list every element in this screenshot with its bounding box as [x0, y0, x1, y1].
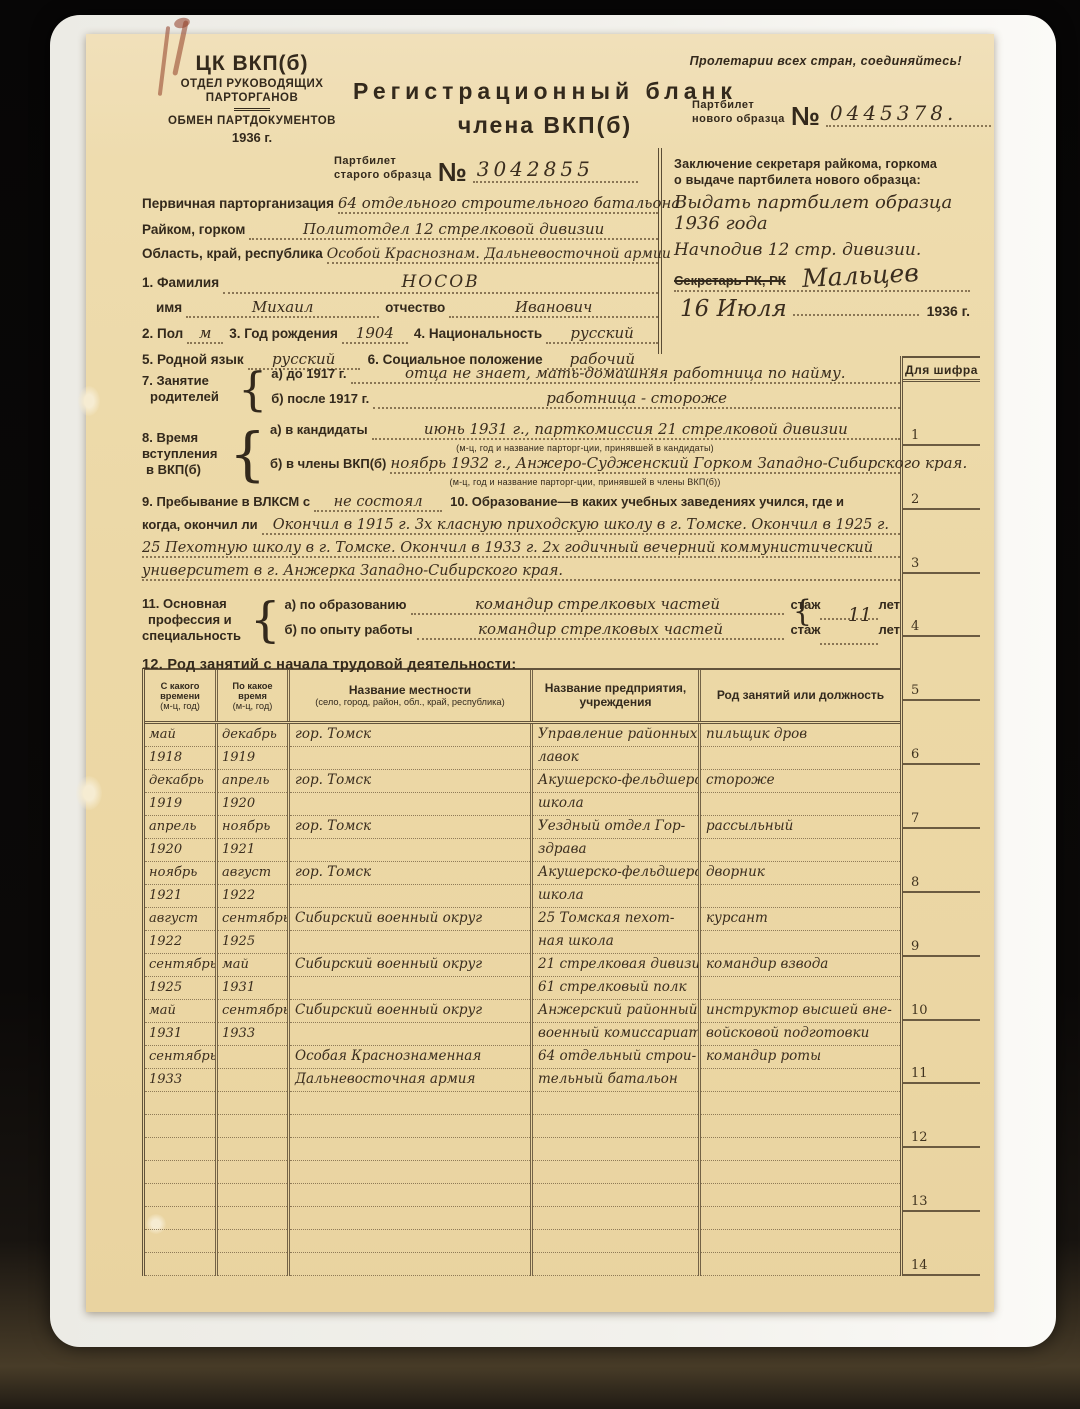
cipher-cell: 13 — [903, 1148, 980, 1212]
header-line: (село, город, район, обл., край, республ… — [292, 697, 528, 707]
cipher-cell: 8 — [903, 829, 980, 893]
table-cell-line: гор. Томск — [290, 724, 530, 747]
table-cell: Особая КраснознаменнаяДальневосточная ар… — [287, 1046, 530, 1092]
table-cell-line — [218, 1161, 287, 1184]
field-label: а) до 1917 г. — [271, 366, 350, 381]
table-cell — [215, 1092, 287, 1138]
field-label: Райком, горком — [142, 222, 249, 237]
table-cell-line — [290, 1207, 530, 1230]
table-cell-line — [218, 1069, 287, 1092]
brace-glyph: { — [238, 362, 267, 416]
table-cell-line — [145, 1161, 215, 1184]
table-row — [145, 1138, 900, 1184]
conclusion-heading1: Заключение секретаря райкома, горкома — [674, 156, 970, 172]
section-8-label: 8. Время вступления в ВКП(б) — [142, 430, 225, 478]
field-raikom: Райком, горком Политотдел 12 стрелковой … — [142, 220, 658, 246]
table-cell-line: ноябрь — [218, 816, 287, 839]
table-cell-line: декабрь — [218, 724, 287, 747]
table-cell-line — [145, 1230, 215, 1253]
table-cell — [287, 1138, 530, 1184]
field-sex-birth-nationality: 2. Пол м 3. Год рождения 1904 4. Национа… — [142, 324, 658, 350]
table-cell: инструктор высшей вне-войсковой подготов… — [698, 1000, 900, 1046]
table-header-place: Название местности (село, город, район, … — [287, 670, 530, 721]
table-cell-line — [218, 1046, 287, 1069]
table-cell-line: май — [145, 724, 215, 747]
table-cell: сентябрь1933 — [215, 1000, 287, 1046]
cipher-cell-number: 14 — [911, 1258, 928, 1273]
table-cell — [530, 1230, 698, 1276]
cipher-cell-number: 3 — [911, 556, 919, 571]
table-cell-line — [290, 1230, 530, 1253]
table-cell: дворник — [698, 862, 900, 908]
table-cell-line — [290, 1161, 530, 1184]
table-cell — [287, 1184, 530, 1230]
cipher-cell-number: 13 — [911, 1194, 928, 1209]
table-cell-line: ная школа — [533, 931, 698, 954]
section-10-line2: 25 Пехотную школу в г. Томске. Окончил в… — [142, 540, 900, 563]
field-value: м — [187, 324, 223, 344]
work-table-body: май1918декабрь1919гор. ТомскУправление р… — [145, 724, 900, 1276]
table-header-role: Род занятий или должность — [698, 670, 900, 721]
table-row — [145, 1230, 900, 1276]
section-7-parents-occupation: 7. Занятие родителей { а) до 1917 г. отц… — [142, 362, 900, 416]
table-cell-line: 1922 — [218, 885, 287, 908]
section-7-label: 7. Занятие родителей — [142, 373, 234, 405]
table-cell-line — [701, 1207, 900, 1230]
ticket-old-label: Партбилет старого образца — [334, 154, 432, 183]
ticket-old-number: 3042855 — [473, 157, 638, 183]
table-header-org: Название предприятия, учреждения — [530, 670, 698, 721]
table-header-from: С какого времени (м-ц, год) — [145, 670, 215, 721]
table-cell-line: 1925 — [218, 931, 287, 954]
table-cell: сентябрь1925 — [215, 908, 287, 954]
cipher-cell-number: 9 — [911, 939, 919, 954]
table-cell: Уездный отдел Гор-здрава — [530, 816, 698, 862]
header-line: Род занятий или должность — [703, 689, 898, 703]
divider — [234, 108, 270, 111]
table-cell — [287, 1230, 530, 1276]
section-8-party-entry: 8. Время вступления в ВКП(б) { а) в канд… — [142, 420, 900, 488]
issuing-organ-block: ЦК ВКП(б) ОТДЕЛ РУКОВОДЯЩИХ ПАРТОРГАНОВ … — [152, 52, 352, 145]
section-7a: а) до 1917 г. отца не знает, мать-домашн… — [271, 364, 900, 389]
table-cell-line — [290, 1184, 530, 1207]
identity-fields: Первичная парторганизация 64 отдельного … — [142, 194, 658, 376]
field-label: 3. Год рождения — [223, 326, 342, 341]
cipher-cell: 10 — [903, 957, 980, 1021]
table-cell: пильщик дров — [698, 724, 900, 770]
table-cell-line: командир взвода — [701, 954, 900, 977]
table-cell-line: Акушерско-фельдшерская — [533, 770, 698, 793]
section-label-line: в ВКП(б) — [142, 462, 225, 478]
header-line: (м-ц, год) — [147, 701, 213, 711]
table-cell-line — [290, 1115, 530, 1138]
table-row: август1922сентябрь1925Сибирский военный … — [145, 908, 900, 954]
table-cell: май1931 — [145, 1000, 215, 1046]
field-value: работница - стороже — [373, 389, 900, 409]
org-title: ЦК ВКП(б) — [152, 52, 352, 76]
table-cell-line: 1933 — [145, 1069, 215, 1092]
section-label-line: вступления — [142, 446, 225, 462]
table-cell-line — [701, 747, 900, 770]
table-row: сентябрь1925май1931Сибирский военный окр… — [145, 954, 900, 1000]
table-cell-line — [701, 977, 900, 1000]
field-label: б) после 1917 г. — [271, 391, 373, 406]
cipher-cell: 3 — [903, 510, 980, 574]
section-7b: б) после 1917 г. работница - стороже — [271, 389, 900, 414]
header-line: С какого — [147, 681, 213, 691]
table-cell: август1922 — [215, 862, 287, 908]
table-cell: гор. Томск — [287, 862, 530, 908]
cipher-cell-number: 10 — [911, 1003, 928, 1018]
org-line: ОТДЕЛ РУКОВОДЯЩИХ — [152, 78, 352, 90]
table-cell: сентябрь1933 — [145, 1046, 215, 1092]
table-cell-line: 61 стрелковый полк — [533, 977, 698, 1000]
table-cell-line — [533, 1115, 698, 1138]
table-row: апрель1920ноябрь1921гор. ТомскУездный от… — [145, 816, 900, 862]
table-cell-line — [218, 1230, 287, 1253]
table-cell — [215, 1184, 287, 1230]
field-value: ноябрь 1932 г., Анжеро-Судженский Горком… — [390, 454, 900, 474]
cipher-cell: 6 — [903, 701, 980, 765]
field-value: 64 отдельного строительного батальона — [338, 194, 658, 214]
header-line: времени — [147, 691, 213, 701]
cipher-cell: 7 — [903, 765, 980, 829]
table-cell — [530, 1138, 698, 1184]
ticket-old-label1: Партбилет — [334, 154, 432, 168]
let-label: лет — [878, 597, 900, 612]
table-cell-line: 1933 — [218, 1023, 287, 1046]
table-cell-line — [701, 1092, 900, 1115]
table-cell — [698, 1092, 900, 1138]
field-label: б) в члены ВКП(б) — [270, 456, 390, 471]
conclusion-year: 1936 г. — [919, 303, 970, 319]
table-cell-line — [145, 1184, 215, 1207]
dotted-rule — [793, 314, 919, 316]
table-cell-line: апрель — [145, 816, 215, 839]
cipher-cell: 2 — [903, 446, 980, 510]
table-cell — [145, 1092, 215, 1138]
field-value: командир стрелковых частей — [411, 595, 785, 615]
field-value: Михаил — [186, 298, 379, 318]
conclusion-heading2: о выдаче партбилета нового образца: — [674, 172, 970, 188]
table-cell-line: Сибирский военный округ — [290, 908, 530, 931]
table-cell-line — [533, 1253, 698, 1276]
table-cell-line: сентябрь — [145, 954, 215, 977]
table-cell-line — [701, 1115, 900, 1138]
field-label: Область, край, республика — [142, 246, 327, 261]
table-cell: Сибирский военный округ — [287, 1000, 530, 1046]
field-label: когда, окончил ли — [142, 517, 262, 532]
field-label: а) по образованию — [285, 597, 411, 612]
field-value: русский — [546, 324, 658, 344]
table-cell-line — [533, 1184, 698, 1207]
table-cell-line: Сибирский военный округ — [290, 954, 530, 977]
table-cell-line: курсант — [701, 908, 900, 931]
field-region: Область, край, республика Особой Красноз… — [142, 246, 658, 272]
section-11-profession: 11. Основная профессия и специальность {… — [142, 592, 900, 648]
table-cell-line — [145, 1207, 215, 1230]
table-cell-line: август — [218, 862, 287, 885]
field-value: командир стрелковых частей — [417, 620, 785, 640]
table-cell-line — [290, 1138, 530, 1161]
table-row: май1931сентябрь1933Сибирский военный окр… — [145, 1000, 900, 1046]
table-cell-line: 21 стрелковая дивизия — [533, 954, 698, 977]
header-line: время — [220, 691, 285, 701]
table-row: декабрь1919апрель1920гор. ТомскАкушерско… — [145, 770, 900, 816]
cipher-header: Для шифра — [903, 356, 980, 382]
table-row: ноябрь1921август1922гор. ТомскАкушерско-… — [145, 862, 900, 908]
table-cell-line — [145, 1115, 215, 1138]
secretary-line: Секретарь РК, РК Мальцев — [674, 262, 970, 292]
table-cell-line: тельный батальон — [533, 1069, 698, 1092]
header-line: учреждения — [535, 696, 696, 710]
field-value: 25 Пехотную школу в г. Томске. Окончил в… — [142, 540, 900, 558]
section-8-rows: а) в кандидаты июнь 1931 г., парткомисси… — [270, 420, 900, 488]
table-cell-line — [290, 839, 530, 862]
conclusion-box: Заключение секретаря райкома, горкома о … — [658, 148, 978, 354]
field-label: отчество — [379, 300, 449, 315]
cipher-cell-number: 1 — [911, 428, 919, 443]
table-cell-line: 1918 — [145, 747, 215, 770]
section-10-line1: когда, окончил ли Окончил в 1915 г. 3х к… — [142, 517, 900, 540]
table-cell — [215, 1230, 287, 1276]
table-cell-line — [533, 1230, 698, 1253]
conclusion-handwriting2: 1936 года — [674, 213, 970, 234]
table-cell-line: август — [145, 908, 215, 931]
table-cell: 64 отдельный строи-тельный батальон — [530, 1046, 698, 1092]
section-label-line: 8. Время — [142, 430, 225, 446]
field-label: а) в кандидаты — [270, 422, 372, 437]
numero-sign: № — [438, 162, 467, 183]
section-label-line: профессия и — [142, 612, 246, 628]
staj-years-value: 11 — [848, 604, 872, 626]
cipher-cell: 14 — [903, 1212, 980, 1276]
table-cell-line: школа — [533, 885, 698, 908]
field-value: отца не знает, мать-домашняя работница п… — [351, 364, 900, 384]
table-cell-line — [533, 1092, 698, 1115]
table-cell: курсант — [698, 908, 900, 954]
ticket-new-block: Партбилет нового образца № 0445378. — [692, 98, 991, 127]
field-label: 1. Фамилия — [142, 275, 223, 290]
table-cell-line: декабрь — [145, 770, 215, 793]
table-cell-line: школа — [533, 793, 698, 816]
field-value: Политотдел 12 стрелковой дивизии — [249, 220, 658, 240]
paper-blemish — [76, 776, 102, 810]
table-cell-line — [701, 1184, 900, 1207]
table-cell: ноябрь1921 — [145, 862, 215, 908]
table-cell-line — [701, 1069, 900, 1092]
table-cell-line: 1921 — [145, 885, 215, 908]
table-cell — [698, 1184, 900, 1230]
cipher-cell-number: 2 — [911, 492, 919, 507]
field-name-patronymic: имя Михаил отчество Иванович — [142, 298, 658, 324]
ticket-new-label: Партбилет нового образца — [692, 98, 785, 127]
table-cell — [145, 1230, 215, 1276]
ticket-old-block: Партбилет старого образца № 3042855 — [334, 154, 638, 183]
org-line: ПАРТОРГАНОВ — [152, 92, 352, 104]
table-cell-line: 25 Томская пехот- — [533, 908, 698, 931]
table-cell-line: гор. Томск — [290, 816, 530, 839]
table-cell-line: май — [145, 1000, 215, 1023]
section-11-label: 11. Основная профессия и специальность — [142, 596, 246, 644]
table-cell-line: лавок — [533, 747, 698, 770]
section-label-line: 11. Основная — [142, 596, 246, 612]
table-row — [145, 1184, 900, 1230]
table-cell-line: пильщик дров — [701, 724, 900, 747]
table-cell-line: ноябрь — [145, 862, 215, 885]
table-cell-line — [290, 1253, 530, 1276]
table-cell-line: дворник — [701, 862, 900, 885]
table-cell-line: 64 отдельный строи- — [533, 1046, 698, 1069]
table-cell: Управление районныхлавок — [530, 724, 698, 770]
table-cell-line: сентябрь — [218, 908, 287, 931]
table-cell-line: войсковой подготовки — [701, 1023, 900, 1046]
table-cell: гор. Томск — [287, 724, 530, 770]
table-cell — [215, 1046, 287, 1092]
ticket-new-label1: Партбилет — [692, 98, 785, 112]
field-primary-org: Первичная парторганизация 64 отдельного … — [142, 194, 658, 220]
table-cell-line — [290, 793, 530, 816]
table-cell: стороже — [698, 770, 900, 816]
section-9-line: 9. Пребывание в ВЛКСМ с не состоял 10. О… — [142, 494, 900, 517]
section-label-line: специальность — [142, 628, 246, 644]
table-cell: август1922 — [145, 908, 215, 954]
cipher-cell: 5 — [903, 637, 980, 701]
document-paper: ЦК ВКП(б) ОТДЕЛ РУКОВОДЯЩИХ ПАРТОРГАНОВ … — [86, 34, 994, 1312]
section-8b: б) в члены ВКП(б) ноябрь 1932 г., Анжеро… — [270, 454, 900, 479]
work-history-table: С какого времени (м-ц, год) По какое вре… — [142, 668, 900, 1276]
table-cell-line — [290, 1092, 530, 1115]
table-cell — [530, 1184, 698, 1230]
table-row: сентябрь1933Особая КраснознаменнаяДальне… — [145, 1046, 900, 1092]
table-cell: ноябрь1921 — [215, 816, 287, 862]
header-line: (м-ц, год) — [220, 701, 285, 711]
table-cell-line: Акушерско-фельдшерская — [533, 862, 698, 885]
table-cell-line: гор. Томск — [290, 770, 530, 793]
table-cell: Сибирский военный округ — [287, 954, 530, 1000]
table-header: С какого времени (м-ц, год) По какое вре… — [145, 668, 900, 724]
field-surname: 1. Фамилия НОСОВ — [142, 272, 658, 298]
cipher-cell-number: 11 — [911, 1066, 928, 1081]
table-cell-line — [290, 885, 530, 908]
table-cell-line: 1925 — [145, 977, 215, 1000]
table-cell — [145, 1138, 215, 1184]
table-cell-line: Сибирский военный округ — [290, 1000, 530, 1023]
table-cell: Акушерско-фельдшерскаяшкола — [530, 862, 698, 908]
table-cell-line: 1931 — [218, 977, 287, 1000]
table-cell-line: 1931 — [145, 1023, 215, 1046]
table-cell: Сибирский военный округ — [287, 908, 530, 954]
table-cell: командир роты — [698, 1046, 900, 1092]
table-cell-line — [218, 1115, 287, 1138]
table-cell: май1931 — [215, 954, 287, 1000]
table-cell-line: стороже — [701, 770, 900, 793]
table-cell-line: Особая Краснознаменная — [290, 1046, 530, 1069]
header-line: Название местности — [292, 684, 528, 698]
table-cell-line — [701, 793, 900, 816]
section-8a-note: (м-ц, год и название парторг-ции, приняв… — [270, 443, 900, 454]
table-cell-line: 1920 — [145, 839, 215, 862]
field-label: имя — [142, 300, 186, 315]
table-cell: апрель1920 — [215, 770, 287, 816]
section-8a: а) в кандидаты июнь 1931 г., парткомисси… — [270, 420, 900, 445]
table-cell-line — [701, 885, 900, 908]
table-cell: рассыльный — [698, 816, 900, 862]
table-cell-line: Управление районных — [533, 724, 698, 747]
table-cell-line — [218, 1092, 287, 1115]
table-cell-line — [701, 1230, 900, 1253]
table-cell-line — [701, 931, 900, 954]
section-label-line: 7. Занятие — [142, 373, 234, 389]
section-8b-note: (м-ц, год и название парторг-ции, приняв… — [270, 477, 900, 488]
org-year: 1936 г. — [152, 130, 352, 145]
numbered-sections: 7. Занятие родителей { а) до 1917 г. отц… — [142, 362, 900, 673]
paper-blemish — [78, 386, 100, 416]
table-cell: Анжерский районныйвоенный комиссариат — [530, 1000, 698, 1046]
field-label: 2. Пол — [142, 326, 187, 341]
conclusion-handwriting3: Начподив 12 стр. дивизии. — [674, 240, 970, 260]
secretary-signature: Мальцев — [801, 258, 919, 293]
table-cell-line: Дальневосточная армия — [290, 1069, 530, 1092]
table-cell-line — [533, 1138, 698, 1161]
conclusion-date: 16 Июля — [674, 296, 793, 322]
field-label: 4. Национальность — [408, 326, 546, 341]
cipher-cell-number: 7 — [911, 811, 919, 826]
cipher-cell: 9 — [903, 893, 980, 957]
cipher-cell-number: 5 — [911, 683, 919, 698]
table-cell-line — [145, 1092, 215, 1115]
field-value: НОСОВ — [223, 272, 658, 294]
scanned-page: { "colors": { "paper": "#ecd8a6", "ink":… — [0, 0, 1080, 1409]
table-cell-line — [290, 747, 530, 770]
cipher-cell: 11 — [903, 1021, 980, 1085]
table-cell-line — [701, 839, 900, 862]
org-line: ОБМЕН ПАРТДОКУМЕНТОВ — [152, 115, 352, 127]
cipher-column: Для шифра 1234567891011121314 — [900, 356, 980, 1276]
cipher-cell: 12 — [903, 1084, 980, 1148]
table-cell-line — [290, 977, 530, 1000]
table-cell-line: военный комиссариат — [533, 1023, 698, 1046]
field-label: 10. Образование—в каких учебных заведени… — [442, 494, 848, 509]
section-10-line3: университет в г. Анжерка Западно-Сибирск… — [142, 563, 900, 586]
table-cell-line: командир роты — [701, 1046, 900, 1069]
table-row — [145, 1092, 900, 1138]
table-cell-line — [533, 1207, 698, 1230]
table-cell — [698, 1230, 900, 1276]
field-label: 9. Пребывание в ВЛКСМ с — [142, 494, 314, 509]
table-cell: Акушерско-фельдшерскаяшкола — [530, 770, 698, 816]
table-cell: декабрь1919 — [215, 724, 287, 770]
ticket-old-label2: старого образца — [334, 168, 432, 182]
staj-brace-glyph: { — [793, 594, 812, 629]
table-cell: апрель1920 — [145, 816, 215, 862]
table-cell-line: Анжерский районный — [533, 1000, 698, 1023]
table-cell — [287, 1092, 530, 1138]
table-cell-line — [701, 1161, 900, 1184]
conclusion-handwriting1: Выдать партбилет образца — [674, 192, 970, 213]
table-cell-line — [701, 1253, 900, 1276]
let-label: лет — [878, 622, 900, 637]
cipher-cell-number: 8 — [911, 875, 919, 890]
table-cell-line — [533, 1161, 698, 1184]
table-cell: декабрь1919 — [145, 770, 215, 816]
brace-glyph: { — [250, 592, 281, 648]
table-cell-line — [701, 1138, 900, 1161]
cipher-cell: 1 — [903, 382, 980, 446]
table-cell-line: гор. Томск — [290, 862, 530, 885]
table-cell-line: Уездный отдел Гор- — [533, 816, 698, 839]
table-cell-line — [290, 931, 530, 954]
